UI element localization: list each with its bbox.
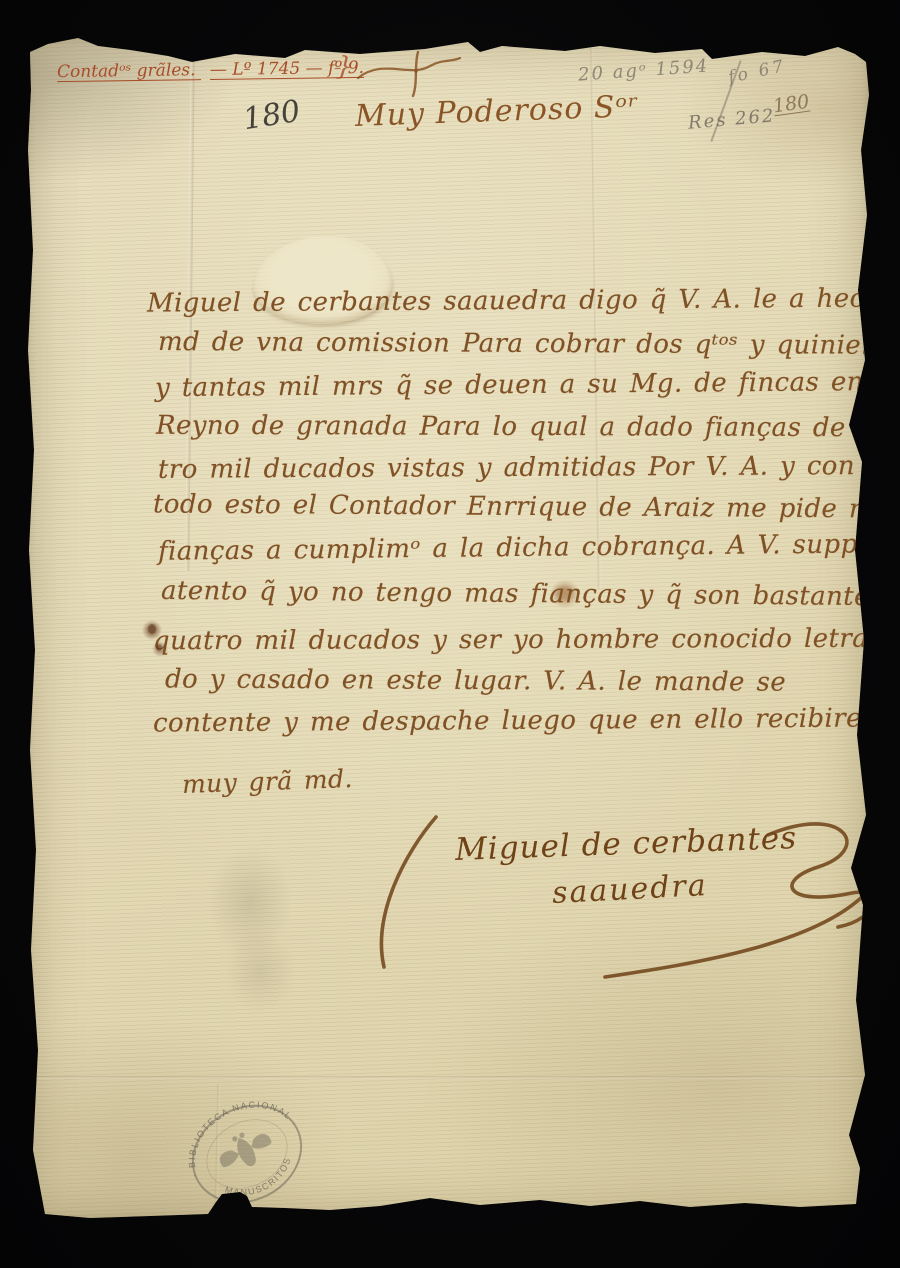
body-line: y tantas mil mrs q̃ se deuen a su Mg. de… <box>155 365 900 405</box>
body-line: contente y me despache luego que en ello… <box>153 702 862 741</box>
body-line: do y casado en este lugar. V. A. le mand… <box>165 662 786 699</box>
heading-cross-icon <box>352 48 464 100</box>
body-line: atento q̃ yo no tengo mas fianças y q̃ s… <box>161 574 884 614</box>
closing-line: muy grã md. <box>181 762 353 802</box>
stain <box>555 586 573 600</box>
archival-note: Contadᵒˢ grãles. — Lº 1745 — fº 9. <box>57 58 364 82</box>
ink-blot <box>148 624 156 634</box>
letter-page: Contadᵒˢ grãles. — Lº 1745 — fº 9. } 180… <box>25 36 870 1220</box>
body-line: todo esto el Contador Enrrique de Araiz … <box>153 487 900 526</box>
body-line: fianças a cumplimᵒ a la dicha cobrança. … <box>158 527 878 569</box>
date-annotation: 20 agᵒ 1594 <box>577 55 710 85</box>
archival-bracket: } <box>335 51 354 82</box>
manuscript-photo: Contadᵒˢ grãles. — Lº 1745 — fº 9. } 180… <box>0 0 900 1268</box>
body-line: md de vna comission Para cobrar dos qᵗᵒˢ… <box>158 325 900 363</box>
body-line: quatro mil ducados y ser yo hombre conoc… <box>153 622 868 658</box>
reference-annotation: Res 262 <box>687 105 776 134</box>
old-folio-annotation: fo 67 <box>727 56 788 88</box>
stamp-crest-icon <box>213 1122 278 1178</box>
body-line: Reyno de granada Para lo qual a dado fia… <box>156 409 900 446</box>
new-folio-annotation: 180 <box>772 91 811 118</box>
body-line: tro mil ducados vistas y admitidas Por V… <box>158 449 855 487</box>
horizontal-fold-crease <box>30 1076 862 1079</box>
archival-note-part1: Contadᵒˢ grãles. <box>57 60 196 82</box>
folio-number-pencil: 180 <box>241 94 303 138</box>
body-line: Miguel de cerbantes saauedra digo q̃ V. … <box>147 281 898 320</box>
ink-blot <box>156 644 162 651</box>
library-stamp: · BIBLIOTECA NACIONAL · MANUSCRITOS <box>156 1067 337 1241</box>
